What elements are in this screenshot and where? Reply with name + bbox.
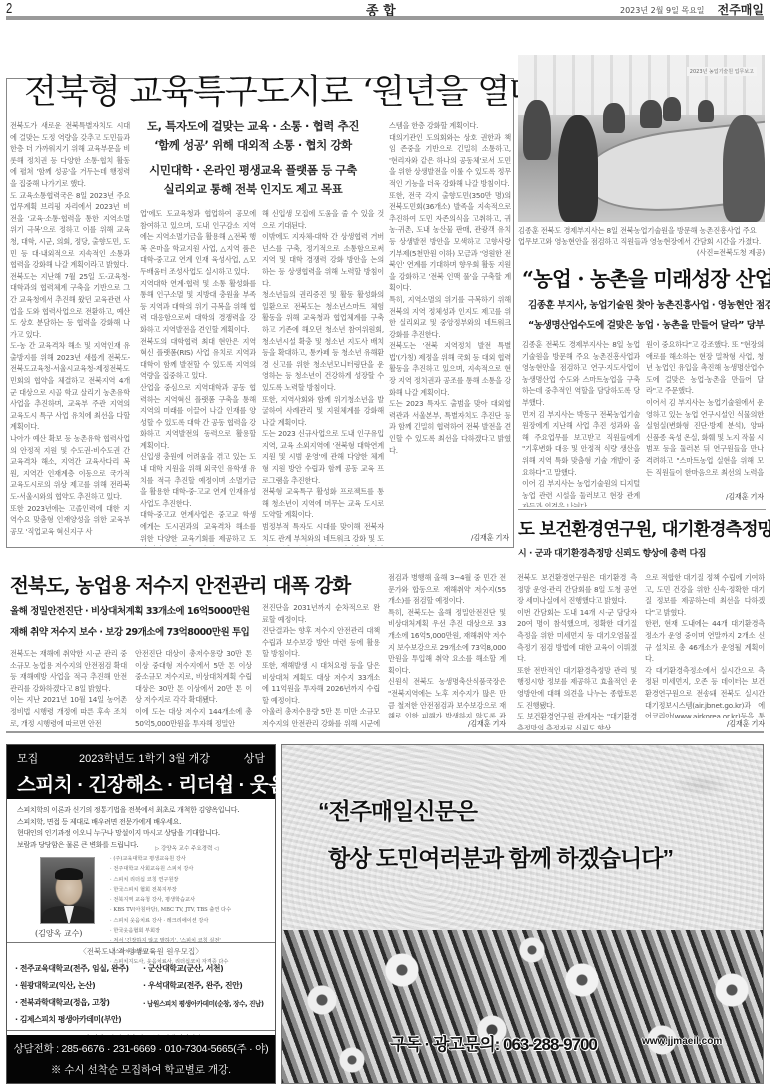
- promo-url: www.jjmaeil.com: [642, 1036, 722, 1047]
- meeting-photo: 2023년 농업기술원 업무보고: [518, 55, 765, 222]
- section-divider: [518, 509, 766, 510]
- issue-date: 2023년 2월 9일 목요일: [620, 5, 705, 16]
- school-name: 남원스피치 평생아카데미(순창, 장수, 진남): [147, 1000, 264, 1008]
- main-article-byline: /김재훈 기자: [389, 532, 509, 544]
- newspaper-promo-ad: “전주매일신문은 항상 도민여러분과 함께 하겠습니다” 구독 · 광고문의: …: [281, 744, 764, 1084]
- main-article-column-3: 해 신입생 모집에 도움을 줄 수 있을 것으로 기대된다. 이밖에도 지자체-…: [262, 208, 384, 546]
- professor-caption: (김양옥 교수): [35, 928, 82, 939]
- main-subhead-2: ‘함께 성공’ 위해 대외적 소통 · 협치 강화: [138, 137, 368, 153]
- professor-photo: [40, 857, 95, 924]
- right-article-2-title: 도 보건환경연구원, 대기환경측정망 간담회: [518, 516, 768, 541]
- right-article-1-subhead-1: 김종훈 부지사, 농업기술원 찾아 농촌진흥사업 · 영농현안 점검: [528, 297, 770, 311]
- ad-intro-line: 현대인의 인기과정 이오니 누구나 망설이지 마시고 상담을 기대합니다.: [17, 828, 239, 840]
- school-item: · 우석대학교(전주, 완주, 진안): [143, 980, 242, 991]
- right-article-1-subhead-2: “농생명산업수도에 걸맞은 농업 · 농촌을 만들어 달라” 당부: [528, 317, 764, 331]
- school-item: · 군산대학교(군산, 서천): [143, 963, 223, 974]
- career-item: 전주대학교 사회교육원 스피치 강사: [110, 864, 231, 874]
- school-item: · 김제스피치 평생아카데미(부안): [15, 1014, 121, 1025]
- school-name: 우석대학교(전주, 완주, 진안): [148, 981, 243, 990]
- school-name: 원광대학교(익산, 논산): [20, 981, 95, 990]
- career-item: 스피치 리더십 코칭 연구원장: [110, 875, 231, 885]
- school-item: · 전북과학대학교(정읍, 고창): [15, 997, 110, 1008]
- main-subhead-1: 도, 특자도에 걸맞는 교육 · 소통 · 협력 추진: [138, 118, 368, 134]
- masthead-divider: [6, 16, 764, 20]
- speech-academy-ad: 모집 2023학년도 1학기 3월 개강 상담 스피치 · 긴장해소 · 리더쉽…: [6, 744, 276, 1084]
- main-subhead-4: 실리외교 통해 전북 인지도 제고 목표: [138, 181, 368, 197]
- school-name: 전북과학대학교(정읍, 고창): [20, 998, 110, 1007]
- school-item: · 남원스피치 평생아카데미(순창, 장수, 진남): [143, 998, 264, 1008]
- main-article-column-2: 업'에도 도교육청과 협업하여 공모에 참여하고 있으며, 도내 인구감소 지역…: [140, 208, 256, 546]
- right-article-2-column-2: 으로 적합한 대기질 정책 수립에 기여하고, 도민 건강을 위한 신속·정확한…: [645, 572, 765, 718]
- article-3-column-3: 전진단을 2031년까지 순차적으로 완료할 예정이다. 진단결과는 향후 저수…: [262, 602, 380, 728]
- article-3-title: 전북도, 농업용 저수지 안전관리 대폭 강화: [10, 570, 350, 598]
- career-item: 한국스피치 협회 전북지부장: [110, 885, 231, 895]
- main-article-title: 전북형 교육특구도시로 ‘원년을 열다’: [24, 64, 504, 113]
- article-3-column-4: 점검과 병행해 올해 3~4월 중 민간 전문가와 합동으로 재해취약 저수지(…: [388, 572, 506, 718]
- photo-credit: (사진=전북도청 제공): [518, 247, 765, 258]
- career-item: 전북지역 교육청 강사, 평생학습교사: [110, 895, 231, 905]
- career-item: (주)교육대학교 평생교육원 강사: [110, 854, 231, 864]
- career-item: KBS TV(아침마당), MBC TV, JTV, TBS 출연 다수: [110, 905, 231, 915]
- ad-intro-line: 스피치학의 이론과 신기의 정통기법을 전북에서 최초로 개척한 김양옥입니다.: [17, 805, 239, 817]
- ad-intro-line: 스피치학, 면접 등 제대로 배우려면 전문가에게 배우세요.: [17, 817, 239, 829]
- right-article-2-byline: /김재훈 기자: [645, 718, 765, 730]
- photo-banner-text: 2023년 농업기술원 업무보고: [687, 67, 757, 76]
- ad-section-divider: [6, 731, 764, 733]
- page-number: 2: [6, 0, 12, 17]
- ad-header-center: 2023학년도 1학기 3월 개강: [79, 750, 210, 766]
- photo-person: [723, 115, 765, 222]
- school-name: 군산대학교(군산, 서천): [148, 964, 223, 973]
- photo-person: [558, 115, 598, 222]
- right-article-1-column-1: 김종훈 전북도 경제부지사는 8일 농업기술원을 방문해 주요 농촌진흥사업과 …: [522, 339, 640, 507]
- article-3-subhead-2: 재해 취약 저수지 보수 · 보강 29개소에 73억8000만원 투입: [10, 624, 249, 638]
- professor-hair: [55, 868, 83, 880]
- photo-person: [640, 100, 662, 128]
- sunflowers-background: [282, 930, 763, 1084]
- right-article-1-title: “농업 · 농촌을 미래성장 산업으로”: [522, 262, 767, 292]
- photo-person: [698, 100, 714, 122]
- right-article-1-byline: /김재훈 기자: [646, 491, 764, 503]
- promo-slogan-line-1: “전주매일신문은: [318, 793, 477, 826]
- career-title: ▷ 강양옥 교수 주요경력 ◁: [155, 844, 218, 852]
- article-3-subhead-1: 올해 정밀안전진단 · 비상대처계획 33개소에 16억5000만원: [10, 603, 250, 617]
- promo-contact: 구독 · 광고문의: 063-288-9700: [390, 1030, 597, 1055]
- main-article-column-1: 전북도가 새로운 전북특별자치도 시대에 걸맞는 도정 역량을 갖추고 도민들과…: [10, 120, 130, 545]
- right-article-1-column-2: 원이 중요하다"고 강조했다. 또 "현장의 애로를 해소하는 현장 밀착형 사…: [646, 339, 764, 479]
- photo-person: [663, 97, 681, 121]
- ad-divider: [7, 1030, 275, 1031]
- article-3-column-1: 전북도는 재해에 취약한 시·군 관리 중소규모 농업용 저수지의 안전점검 확…: [10, 648, 127, 728]
- right-article-2-subhead: 시 · 군과 대기환경측정망 신뢰도 향상에 총력 다짐: [518, 546, 706, 559]
- career-item: 스피치 웃음치료 강사 · 레크리에이션 강사: [110, 916, 231, 926]
- school-item: · 전주교육대학교(전주, 임실, 완주): [15, 963, 129, 974]
- ad-header-right: 상담: [244, 750, 265, 766]
- photo-caption-text: 김종훈 전북도 경제부지사는 8일 전북농업기술원을 방문해 농촌진흥사업 주요…: [518, 226, 761, 246]
- ad-header-left: 모집: [17, 750, 38, 766]
- recruit-title: 〈전북도내 각 평생교육원 원우모집〉: [7, 946, 275, 957]
- article-3-column-2: 안전진단 대상이 총저수용량 30만 톤 이상 중대형 저수지에서 5만 톤 이…: [135, 648, 252, 728]
- ad-footer-note: ※ 수시 선착순 모집하여 학교별로 개강.: [7, 1062, 275, 1077]
- photo-person: [523, 100, 551, 160]
- ad-headline: 스피치 · 긴장해소 · 리더쉽 · 웃음코칭: [17, 769, 324, 797]
- main-article-column-4: 스템을 한층 강화할 계획이다. 대의기관인 도의회와는 상호 권한과 책임 존…: [389, 120, 511, 525]
- right-article-2-column-1: 전북도 보건환경연구원은 대기환경 측정망 운영·관리 간담회를 8일 도청 공…: [517, 572, 637, 730]
- ad-phone-line: 상담전화 : 285-6676 · 231-6669 · 010-7304-56…: [7, 1041, 275, 1056]
- school-name: 전주교육대학교(전주, 임실, 완주): [20, 964, 129, 973]
- ad-header: 모집 2023학년도 1학기 3월 개강 상담 스피치 · 긴장해소 · 리더쉽…: [7, 745, 275, 799]
- career-item: 한국웃음협회 부회장: [110, 926, 231, 936]
- main-subhead-3: 시민대학 · 온라인 평생교육 플랫폼 등 구축: [138, 162, 368, 178]
- school-name: 김제스피치 평생아카데미(부안): [20, 1015, 121, 1024]
- promo-slogan-line-2: 항상 도민여러분과 함께 하겠습니다”: [328, 840, 673, 873]
- ad-divider: [7, 942, 275, 943]
- ad-footer: 상담전화 : 285-6676 · 231-6669 · 010-7304-56…: [7, 1035, 275, 1083]
- photo-caption: 김종훈 전북도 경제부지사는 8일 전북농업기술원을 방문해 농촌진흥사업 주요…: [518, 225, 765, 258]
- article-3-byline: /김재훈 기자: [388, 718, 506, 730]
- school-item: · 원광대학교(익산, 논산): [15, 980, 95, 991]
- photo-person: [603, 103, 625, 133]
